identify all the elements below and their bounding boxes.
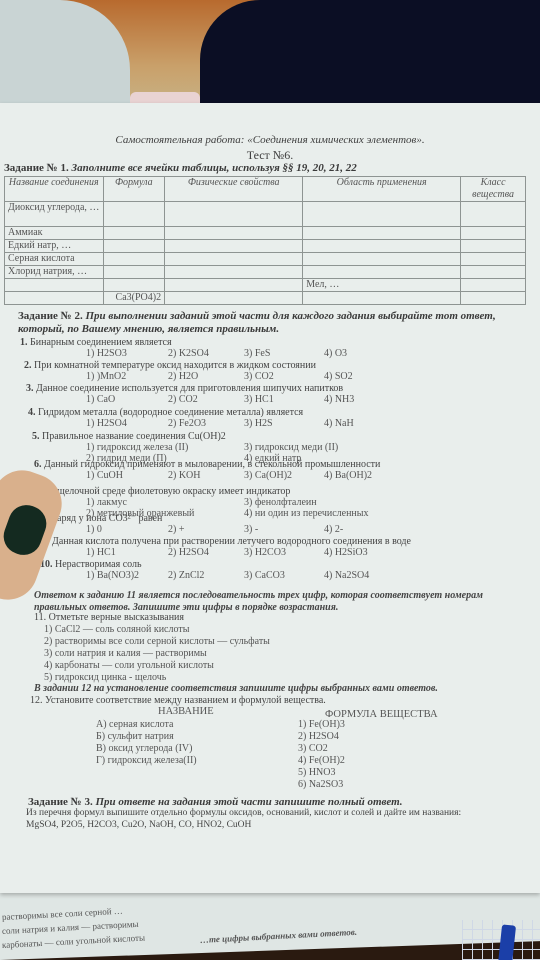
- answer-option[interactable]: 2) Fe2O3: [168, 418, 206, 429]
- table-cell[interactable]: [165, 202, 303, 227]
- table-cell[interactable]: Серная кислота: [5, 253, 104, 266]
- table-cell[interactable]: [461, 202, 526, 227]
- answer-option[interactable]: 3) Ca(OH)2: [244, 470, 292, 481]
- task3-text: Из перечня формул выпишите отдельно форм…: [26, 808, 461, 818]
- match-formula-item: 4) Fe(OH)2: [298, 755, 345, 766]
- task3-formulas: MgSO4, P2O5, H2CO3, Cu2O, NaOH, CO, HNO2…: [26, 820, 251, 830]
- table-cell[interactable]: [461, 279, 526, 292]
- answer-option[interactable]: 4) Na2SO4: [324, 570, 369, 581]
- background-person-coat: [200, 0, 540, 110]
- statement-option[interactable]: 1) CaCl2 — соль соляной кислоты: [44, 624, 189, 635]
- answer-option[interactable]: 1) Ba(NO3)2: [86, 570, 139, 581]
- answer-option[interactable]: 1) H2SO3: [86, 348, 127, 359]
- question-6: 6. Данный гидроксид применяют в мыловаре…: [34, 459, 380, 470]
- answer-option[interactable]: 4) H2SiO3: [324, 547, 368, 558]
- table-cell[interactable]: Мел, …: [303, 279, 461, 292]
- answer-option[interactable]: 3) -: [244, 524, 258, 535]
- answer-option[interactable]: 1) 0: [86, 524, 102, 535]
- match-formula-item: 1) Fe(OH)3: [298, 719, 345, 730]
- col-formula: Формула: [103, 177, 165, 202]
- table-cell[interactable]: [165, 253, 303, 266]
- question-12: 12. Установите соответствие между назван…: [30, 695, 326, 706]
- answer-option[interactable]: 4) NaH: [324, 418, 354, 429]
- col-class: Класс вещества: [461, 177, 526, 202]
- table-row: Серная кислота: [5, 253, 526, 266]
- table-cell[interactable]: [5, 292, 104, 305]
- answer-option[interactable]: 4) ни один из перечисленных: [244, 508, 369, 519]
- answer-option[interactable]: 4) 2-: [324, 524, 343, 535]
- table-cell[interactable]: [5, 279, 104, 292]
- match-formula-item: 3) CO2: [298, 743, 328, 754]
- table-cell[interactable]: [165, 292, 303, 305]
- question-8: 8. Заряд у иона CO3²⁻ равен: [42, 513, 162, 524]
- table-cell[interactable]: [303, 266, 461, 279]
- answer-option[interactable]: 1) гидроксид железа (II): [86, 442, 188, 453]
- task2-instruction: При выполнении заданий этой части для ка…: [18, 310, 496, 335]
- table-cell[interactable]: Диоксид углерода, …: [5, 202, 104, 227]
- table-cell[interactable]: Хлорид натрия, …: [5, 266, 104, 279]
- col-usage: Область применения: [303, 177, 461, 202]
- match-formula-item: 6) Na2SO3: [298, 779, 343, 790]
- answer-option[interactable]: 2) KOH: [168, 470, 201, 481]
- question-1: 1. Бинарным соединением является: [20, 337, 172, 348]
- table-row: Аммиак: [5, 227, 526, 240]
- answer-option[interactable]: 1) лакмус: [86, 497, 127, 508]
- answer-option[interactable]: 3) HC1: [244, 394, 274, 405]
- answer-option[interactable]: 2) +: [168, 524, 184, 535]
- table-row: Хлорид натрия, …: [5, 266, 526, 279]
- table-cell[interactable]: [103, 253, 165, 266]
- table-cell[interactable]: [103, 202, 165, 227]
- statement-option[interactable]: 4) карбонаты — соли угольной кислоты: [44, 660, 214, 671]
- col-name: Название соединения: [5, 177, 104, 202]
- table-row: Едкий натр, …: [5, 240, 526, 253]
- table-cell[interactable]: [303, 253, 461, 266]
- col-physical: Физические свойства: [165, 177, 303, 202]
- question-9: 9. Данная кислота получена при растворен…: [42, 536, 411, 547]
- answer-option[interactable]: 4) NH3: [324, 394, 354, 405]
- question-3: 3. Данное соединение используется для пр…: [26, 383, 343, 394]
- answer-option[interactable]: 2) H2SO4: [168, 547, 209, 558]
- answer-option[interactable]: 1) H2SO4: [86, 418, 127, 429]
- statement-option[interactable]: 2) растворимы все соли серной кислоты — …: [44, 636, 270, 647]
- table-cell[interactable]: [103, 279, 165, 292]
- question-4: 4. Гидридом металла (водородное соединен…: [28, 407, 303, 418]
- note-12: В задании 12 на установление соответстви…: [34, 683, 530, 695]
- test-number: Тест №6.: [0, 148, 540, 163]
- q12-left-header: НАЗВАНИЕ: [158, 706, 214, 717]
- table-row: Диоксид углерода, …: [5, 202, 526, 227]
- question-5: 5. Правильное название соединения Cu(OH)…: [32, 431, 226, 442]
- table-cell[interactable]: [303, 227, 461, 240]
- table-cell[interactable]: Аммиак: [5, 227, 104, 240]
- match-formula-item: 5) HNO3: [298, 767, 336, 778]
- task1-label: Задание № 1.: [4, 162, 69, 174]
- table-row: Мел, …: [5, 279, 526, 292]
- answer-option[interactable]: 4) Ba(OH)2: [324, 470, 372, 481]
- answer-option[interactable]: 1) CuOH: [86, 470, 123, 481]
- table-cell[interactable]: [303, 240, 461, 253]
- table-cell[interactable]: [103, 240, 165, 253]
- task3-label: Задание № 3.: [28, 796, 93, 808]
- table-cell[interactable]: [103, 227, 165, 240]
- table-cell[interactable]: Ca3(PO4)2: [103, 292, 165, 305]
- table-cell[interactable]: [303, 292, 461, 305]
- table-cell[interactable]: [461, 253, 526, 266]
- table-cell[interactable]: [461, 240, 526, 253]
- statement-option[interactable]: 3) соли натрия и калия — растворимы: [44, 648, 207, 659]
- table-cell[interactable]: [303, 202, 461, 227]
- table-cell[interactable]: Едкий натр, …: [5, 240, 104, 253]
- table-cell[interactable]: [461, 292, 526, 305]
- note-11: Ответом к заданию 11 является последоват…: [34, 590, 530, 614]
- table-cell[interactable]: [165, 266, 303, 279]
- match-name-item: В) оксид углерода (IV): [96, 743, 192, 754]
- task2-heading: Задание № 2. При выполнении заданий этой…: [18, 310, 528, 336]
- question-10: 10. Нерастворимая соль: [40, 559, 142, 570]
- task1-instruction: Заполните все ячейки таблицы, используя …: [71, 162, 356, 174]
- answer-option[interactable]: 2) CO2: [168, 394, 198, 405]
- match-name-item: Г) гидроксид железа(II): [96, 755, 197, 766]
- match-name-item: Б) сульфит натрия: [96, 731, 174, 742]
- table-cell[interactable]: [165, 227, 303, 240]
- table-cell[interactable]: [165, 240, 303, 253]
- answer-option[interactable]: 3) CO2: [244, 371, 274, 382]
- task3-heading: Задание № 3. При ответе на задания этой …: [28, 796, 403, 808]
- answer-option[interactable]: 2) K2SO4: [168, 348, 209, 359]
- answer-option[interactable]: 3) фенолфталеин: [244, 497, 317, 508]
- task3-instruction: При ответе на задания этой части запишит…: [95, 796, 402, 808]
- answer-option[interactable]: 3) H2CO3: [244, 547, 286, 558]
- answer-option[interactable]: 1) CaO: [86, 394, 115, 405]
- table-cell[interactable]: [103, 266, 165, 279]
- compounds-table: Название соединения Формула Физические с…: [4, 176, 526, 305]
- answer-option[interactable]: 1) )MnO2: [86, 371, 126, 382]
- table-row: Ca3(PO4)2: [5, 292, 526, 305]
- answer-option[interactable]: 3) CaCO3: [244, 570, 285, 581]
- answer-option[interactable]: 3) гидроксид меди (II): [244, 442, 338, 453]
- statement-option[interactable]: 5) гидроксид цинка - щелочь: [44, 672, 166, 683]
- question-11: 11. Отметьте верные высказывания: [34, 612, 184, 623]
- question-2: 2. При комнатной температуре оксид наход…: [24, 360, 316, 371]
- answer-option[interactable]: 3) FeS: [244, 348, 270, 359]
- question-7: 7. В щелочной среде фиолетовую окраску и…: [38, 486, 290, 497]
- match-name-item: А) серная кислота: [96, 719, 173, 730]
- table-cell[interactable]: [165, 279, 303, 292]
- answer-option[interactable]: 1) HC1: [86, 547, 116, 558]
- table-cell[interactable]: [461, 266, 526, 279]
- worksheet-title: Самостоятельная работа: «Соединения хими…: [0, 134, 540, 146]
- task2-label: Задание № 2.: [18, 310, 83, 322]
- answer-option[interactable]: 4) O3: [324, 348, 347, 359]
- answer-option[interactable]: 2) ZnCl2: [168, 570, 204, 581]
- table-cell[interactable]: [461, 227, 526, 240]
- task1-heading: Задание № 1. Заполните все ячейки таблиц…: [4, 162, 357, 174]
- answer-option[interactable]: 2) H2O: [168, 371, 198, 382]
- answer-option[interactable]: 4) SO2: [324, 371, 353, 382]
- match-formula-item: 2) H2SO4: [298, 731, 339, 742]
- answer-option[interactable]: 3) H2S: [244, 418, 273, 429]
